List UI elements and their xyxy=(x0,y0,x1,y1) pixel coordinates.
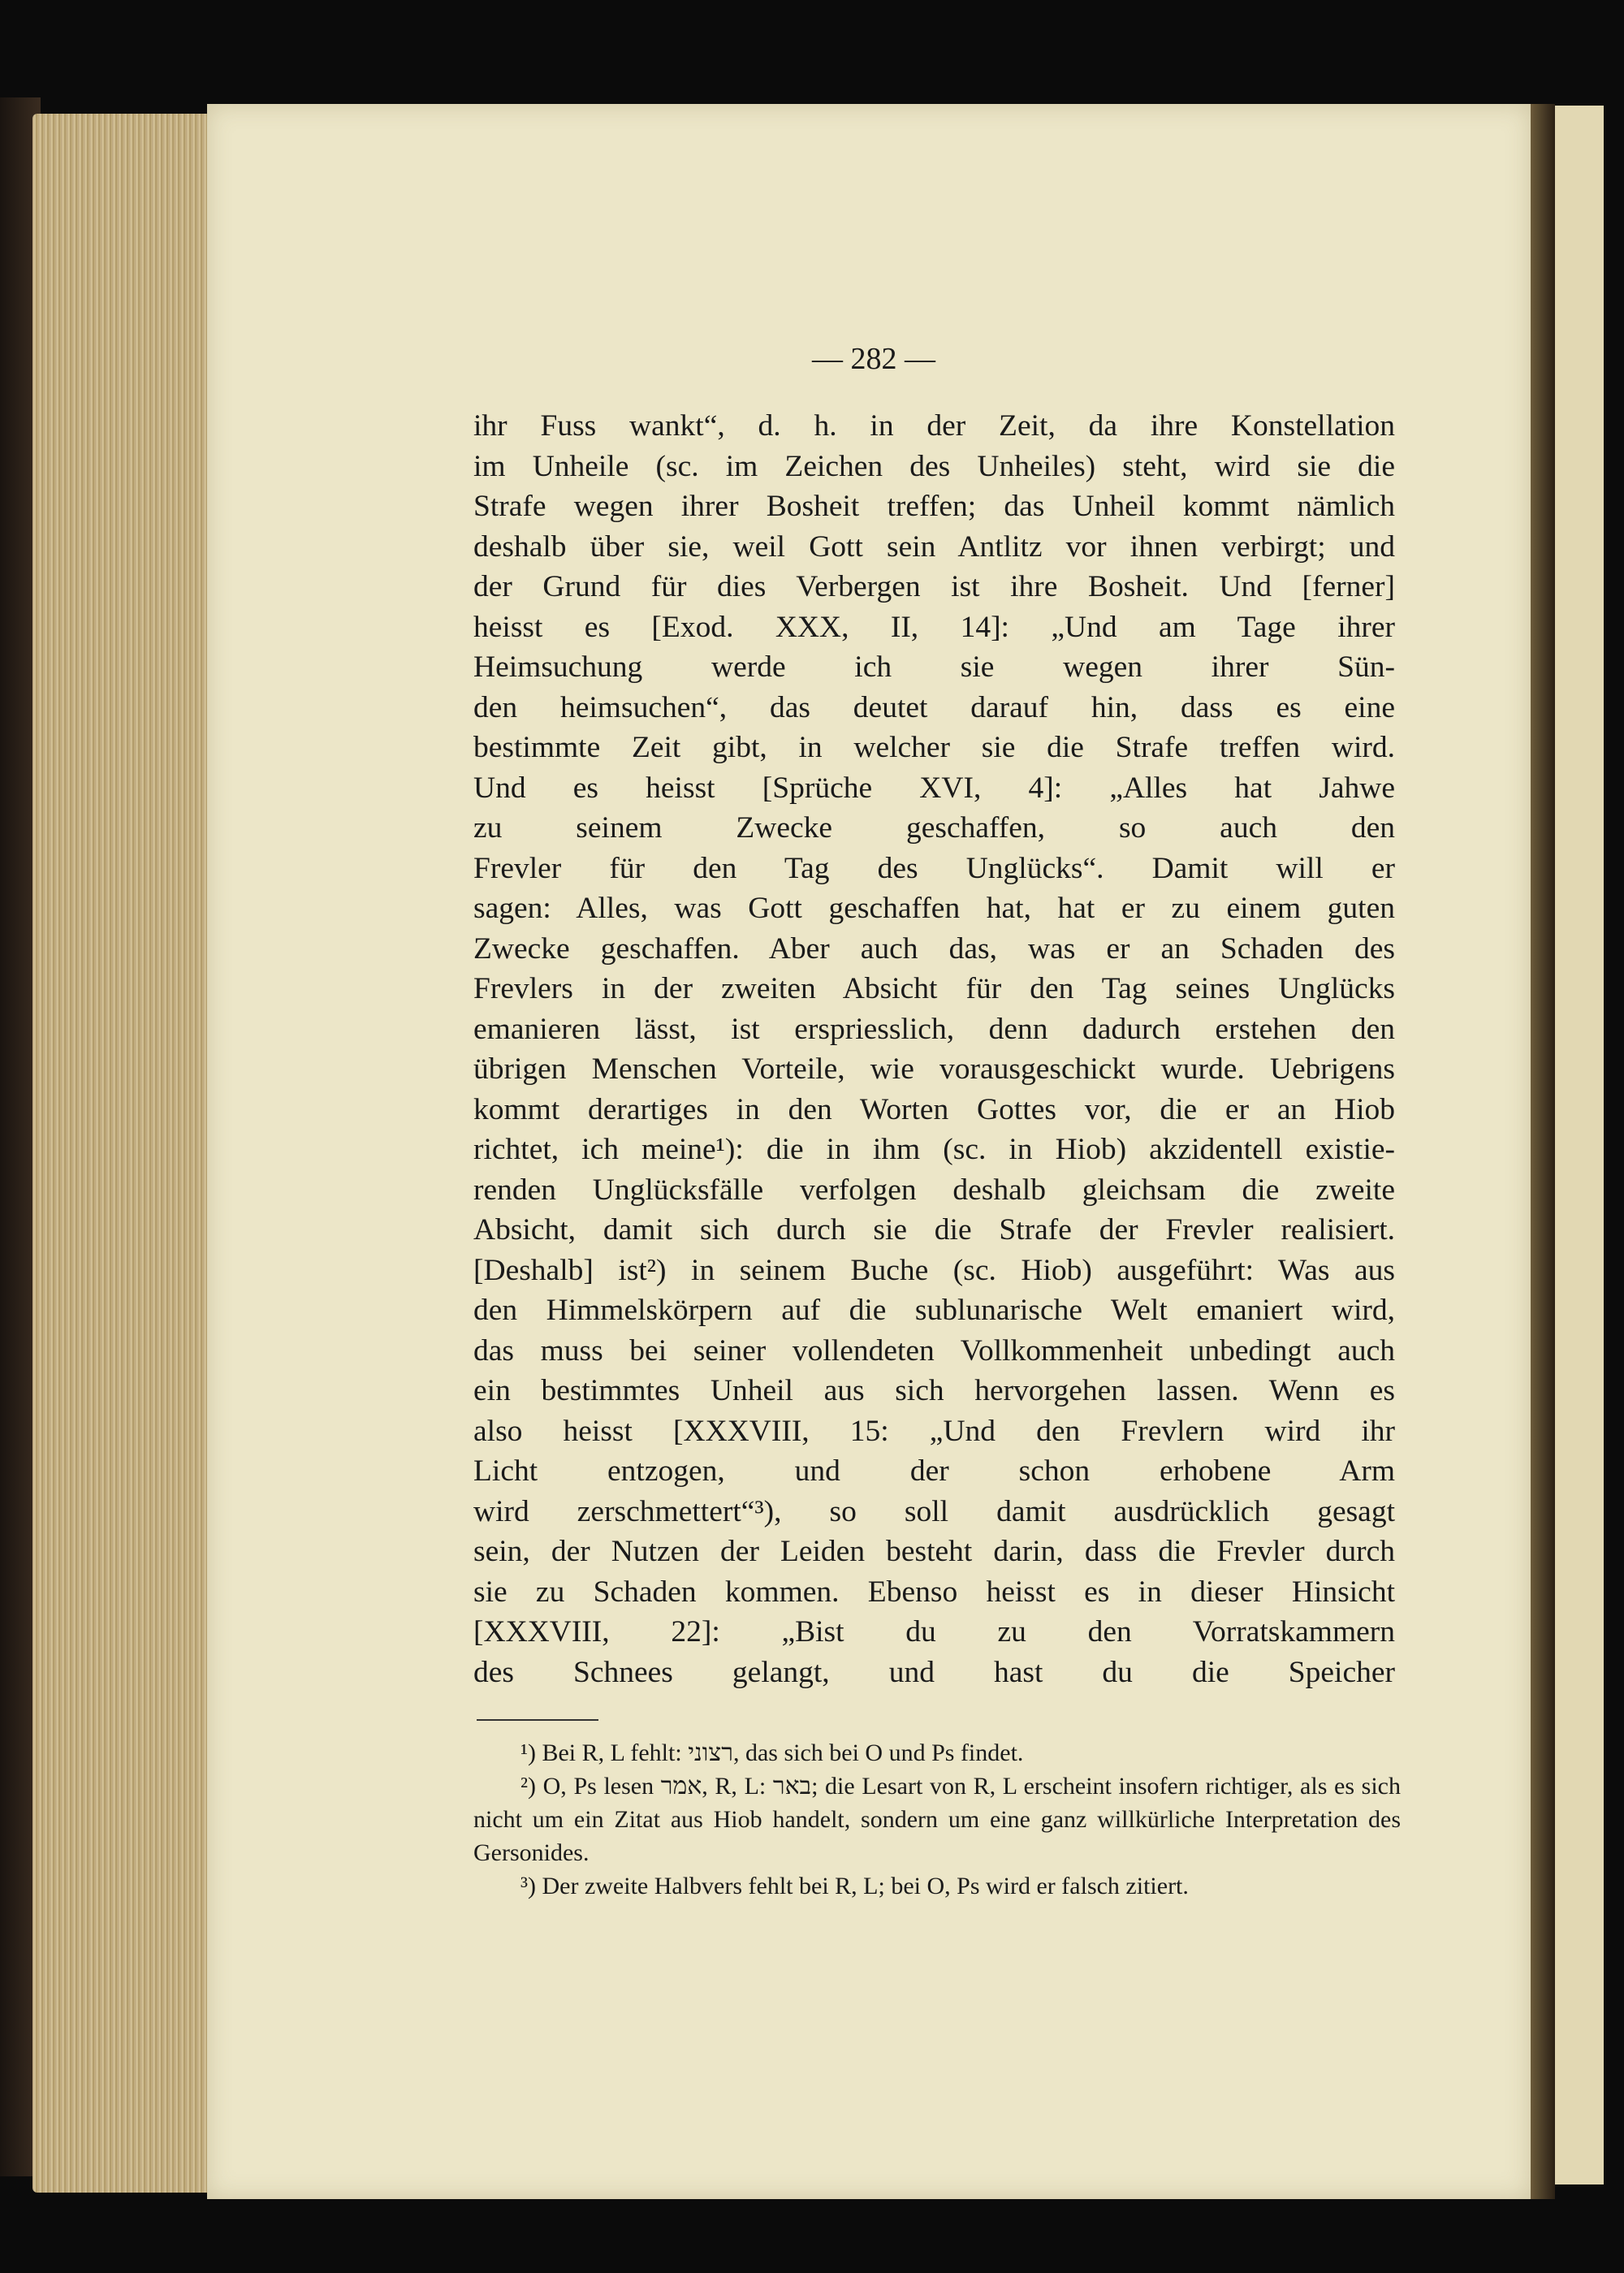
footnote: ³) Der zweite Halbvers fehlt bei R, L; b… xyxy=(473,1869,1401,1903)
body-line: das muss bei seiner vollendeten Vollkomm… xyxy=(473,1331,1395,1372)
body-line: Licht entzogen, und der schon erhobene A… xyxy=(473,1451,1395,1492)
page-number: — 282 — xyxy=(812,341,935,377)
body-text: ihr Fuss wankt“, d. h. in der Zeit, da i… xyxy=(473,406,1395,1692)
body-line: den heimsuchen“, das deutet darauf hin, … xyxy=(473,688,1395,728)
body-line: Strafe wegen ihrer Bosheit treffen; das … xyxy=(473,486,1395,527)
body-line: des Schnees gelangt, und hast du die Spe… xyxy=(473,1653,1395,1693)
body-line: emanieren lässt, ist erspriesslich, denn… xyxy=(473,1009,1395,1050)
body-line: Frevlers in der zweiten Absicht für den … xyxy=(473,969,1395,1009)
body-line: renden Unglücksfälle verfolgen deshalb g… xyxy=(473,1170,1395,1211)
body-line: Absicht, damit sich durch sie die Strafe… xyxy=(473,1210,1395,1251)
body-line: ihr Fuss wankt“, d. h. in der Zeit, da i… xyxy=(473,406,1395,447)
body-line: im Unheile (sc. im Zeichen des Unheiles)… xyxy=(473,447,1395,487)
gutter-shadow xyxy=(1531,104,1555,2199)
next-page-edge xyxy=(1555,106,1604,2184)
body-line: sein, der Nutzen der Leiden besteht dari… xyxy=(473,1532,1395,1572)
body-line: also heisst [XXXVIII, 15: „Und den Frevl… xyxy=(473,1411,1395,1452)
body-line: sie zu Schaden kommen. Ebenso heisst es … xyxy=(473,1572,1395,1613)
body-line: zu seinem Zwecke geschaffen, so auch den xyxy=(473,808,1395,849)
body-line: der Grund für dies Verbergen ist ihre Bo… xyxy=(473,567,1395,607)
body-line: Heimsuchung werde ich sie wegen ihrer Sü… xyxy=(473,647,1395,688)
body-line: den Himmelskörpern auf die sublunarische… xyxy=(473,1290,1395,1331)
body-line: Und es heisst [Sprüche XVI, 4]: „Alles h… xyxy=(473,768,1395,809)
body-line: wird zerschmettert“³), so soll damit aus… xyxy=(473,1492,1395,1532)
footnote-rule xyxy=(477,1719,598,1721)
footnotes: ¹) Bei R, L fehlt: רצוני, das sich bei O… xyxy=(473,1736,1401,1903)
body-line: Frevler für den Tag des Unglücks“. Damit… xyxy=(473,849,1395,889)
body-line: übrigen Menschen Vorteile, wie vorausges… xyxy=(473,1049,1395,1090)
footnote: ²) O, Ps lesen אמר, R, L: באר; die Lesar… xyxy=(473,1770,1401,1869)
body-line: Zwecke geschaffen. Aber auch das, was er… xyxy=(473,929,1395,970)
body-line: ein bestimmtes Unheil aus sich hervorgeh… xyxy=(473,1371,1395,1411)
body-line: heisst es [Exod. XXX, II, 14]: „Und am T… xyxy=(473,607,1395,648)
body-line: [XXXVIII, 22]: „Bist du zu den Vorratska… xyxy=(473,1612,1395,1653)
body-line: bestimmte Zeit gibt, in welcher sie die … xyxy=(473,728,1395,768)
body-line: sagen: Alles, was Gott geschaffen hat, h… xyxy=(473,888,1395,929)
body-line: richtet, ich meine¹): die in ihm (sc. in… xyxy=(473,1130,1395,1170)
body-line: deshalb über sie, weil Gott sein Antlitz… xyxy=(473,527,1395,568)
page-edges xyxy=(32,114,211,2193)
footnote: ¹) Bei R, L fehlt: רצוני, das sich bei O… xyxy=(473,1736,1401,1770)
body-line: [Deshalb] ist²) in seinem Buche (sc. Hio… xyxy=(473,1251,1395,1291)
body-line: kommt derartiges in den Worten Gottes vo… xyxy=(473,1090,1395,1130)
